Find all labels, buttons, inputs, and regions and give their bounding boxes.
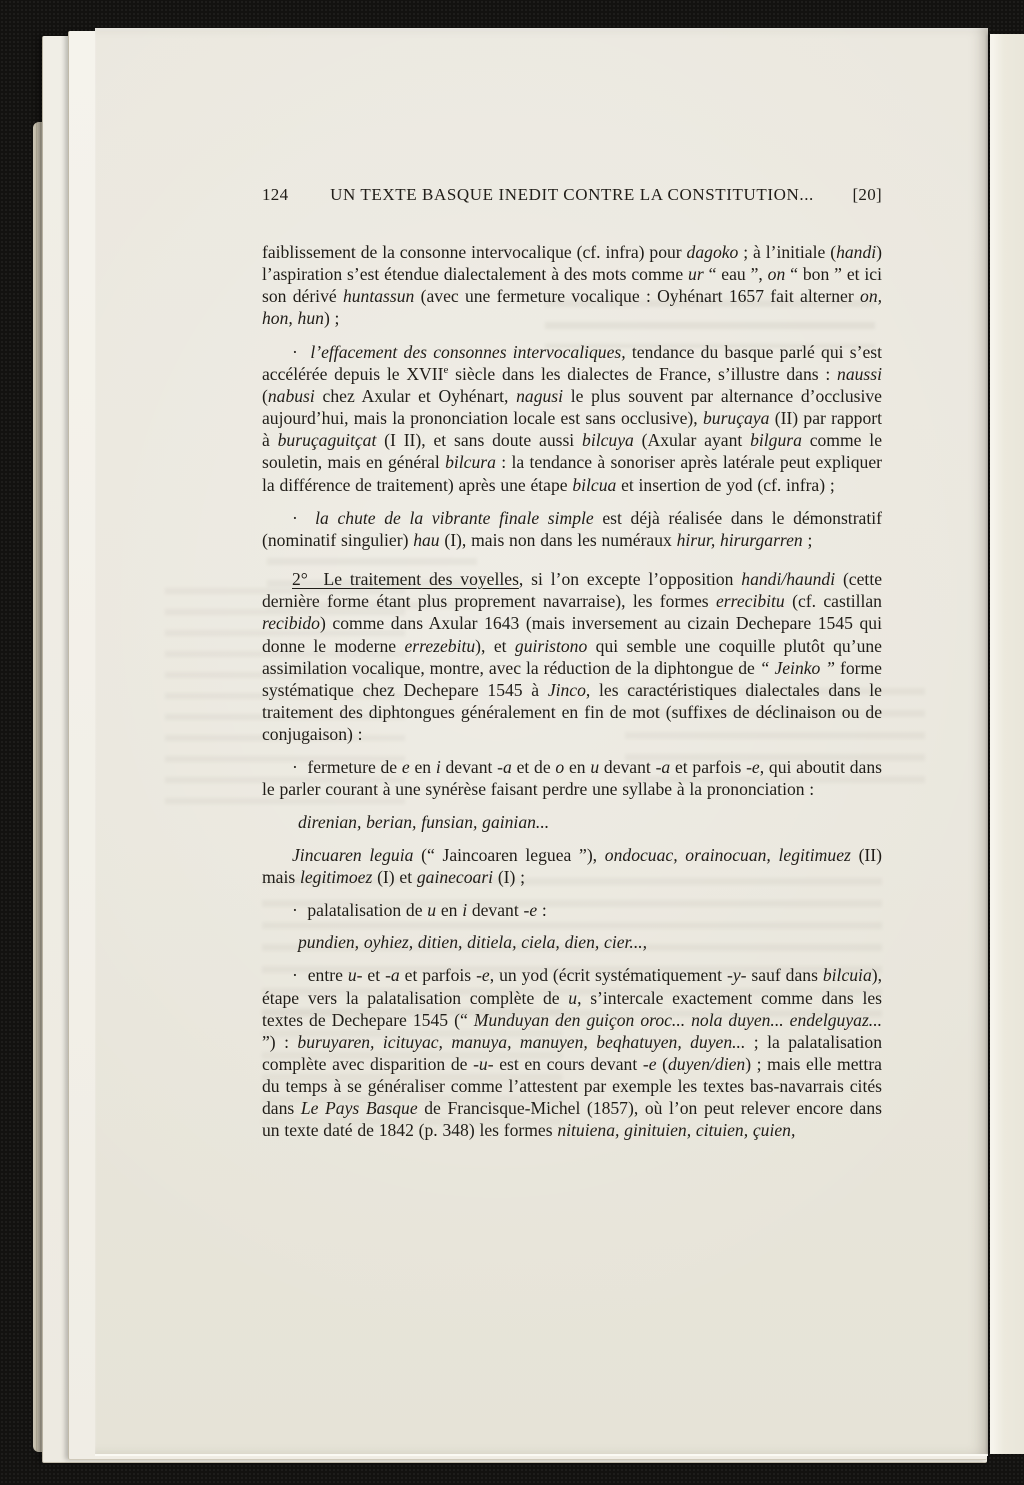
text-segment: , un yod (écrit systématiquement [490, 965, 727, 985]
text-segment: · [292, 508, 315, 528]
text-segment: et insertion de yod (cf. infra) ; [616, 475, 834, 495]
text-segment: (I), mais non dans les numéraux [440, 530, 677, 550]
text-segment: Jincuaren leguia [292, 845, 413, 865]
paragraph: 2° Le traitement des voyelles, si l’on e… [262, 568, 882, 745]
text-segment: -e [476, 965, 490, 985]
text-segment: · fermeture de [292, 757, 402, 777]
text-segment: sauf dans [747, 965, 823, 985]
paragraph: direnian, berian, funsian, gainian... [262, 811, 882, 833]
text-segment: dagoko [687, 242, 739, 262]
text-segment: o [555, 757, 564, 777]
text-segment: guiristono [515, 636, 587, 656]
text-segment: (cf. castillan [785, 591, 882, 611]
text-segment: et [362, 965, 385, 985]
text-segment: -e [523, 900, 537, 920]
text-segment: · [292, 342, 310, 362]
paragraph: pundien, oyhiez, ditien, ditiela, ciela,… [262, 931, 882, 953]
text-segment: devant [467, 900, 523, 920]
text-segment: la chute de la vibrante finale simple [315, 508, 594, 528]
text-segment: ondocuac, orainocuan, legitimuez [605, 845, 851, 865]
text-segment: (I) et [372, 867, 417, 887]
body-text: faiblissement de la consonne intervocali… [262, 241, 882, 1142]
text-segment: l’effacement des consonnes intervocaliqu… [310, 342, 625, 362]
paragraph: · entre u- et -a et parfois -e, un yod (… [262, 964, 882, 1141]
text-segment: Jinco [548, 680, 586, 700]
text-segment: direnian, berian, funsian, gainian... [298, 812, 549, 832]
text-segment: devant [441, 757, 497, 777]
text-segment: , si l’on excepte l’opposition [519, 569, 741, 589]
text-segment: u [568, 988, 577, 1008]
paragraph: · palatalisation de u en i devant -e : [262, 899, 882, 921]
text-segment: legitimoez [300, 867, 372, 887]
text-segment: bilcura [445, 452, 496, 472]
text-segment: nituiena, ginituien, cituien, çuien, [557, 1120, 795, 1140]
text-segment: u [590, 757, 599, 777]
text-segment: est en cours devant [494, 1054, 643, 1074]
text-segment: u [427, 900, 436, 920]
text-segment: bilcuia [823, 965, 872, 985]
text-segment: en [564, 757, 590, 777]
running-title: UN TEXTE BASQUE INEDIT CONTRE LA CONSTIT… [330, 185, 814, 205]
text-segment: ) ; [324, 308, 340, 328]
page-number: 124 [262, 185, 330, 205]
text-segment: et de [512, 757, 556, 777]
text-segment: pundien, oyhiez, ditien, ditiela, ciela,… [298, 932, 647, 952]
text-segment: (Axular ayant [634, 430, 750, 450]
text-segment: nabusi [268, 386, 315, 406]
text-segment: : [537, 900, 547, 920]
text-segment: -e [643, 1054, 657, 1074]
text-segment: (avec une fermeture vocalique : Oyhénart… [414, 286, 860, 306]
book-page: 124 UN TEXTE BASQUE INEDIT CONTRE LA CON… [95, 28, 988, 1456]
text-segment: buruçaguitçat [278, 430, 377, 450]
paragraph: · l’effacement des consonnes intervocali… [262, 341, 882, 496]
text-segment: ur [688, 264, 704, 284]
text-segment: ; [803, 530, 813, 550]
text-segment: · entre [292, 965, 348, 985]
text-segment: et parfois [670, 757, 746, 777]
text-segment: -a [656, 757, 671, 777]
text-segment: -a [497, 757, 512, 777]
text-segment: hau [413, 530, 439, 550]
text-segment: “ Jeinko ” [760, 658, 835, 678]
text-segment: errecibitu [716, 591, 785, 611]
text-segment: Munduyan den guiçon oroc... nola duyen..… [474, 1010, 882, 1030]
text-segment: huntassun [343, 286, 414, 306]
text-segment: et parfois [400, 965, 476, 985]
column-number: [20] [814, 185, 882, 205]
text-segment: naussi [837, 364, 882, 384]
text-segment: (“ Jaincoaren leguea ”), [413, 845, 604, 865]
photograph-background: 124 UN TEXTE BASQUE INEDIT CONTRE LA CON… [0, 0, 1024, 1485]
text-segment: -a [385, 965, 400, 985]
text-segment: nagusi [516, 386, 563, 406]
text-segment: buruçaya [703, 408, 769, 428]
text-segment: · palatalisation de [292, 900, 427, 920]
paragraph: · fermeture de e en i devant -a et de o … [262, 756, 882, 800]
text-segment: (I II), et sans doute aussi [376, 430, 582, 450]
text-segment: en [410, 757, 436, 777]
text-segment: bilgura [750, 430, 802, 450]
text-segment: buruyaren, icituyac, manuya, manuyen, be… [297, 1032, 745, 1052]
text-segment: “ eau ”, [704, 264, 768, 284]
paragraph: · la chute de la vibrante finale simple … [262, 507, 882, 551]
text-segment: gainecoari [417, 867, 493, 887]
page-header: 124 UN TEXTE BASQUE INEDIT CONTRE LA CON… [262, 185, 882, 205]
text-segment: ”) : [262, 1032, 297, 1052]
text-segment: devant [599, 757, 655, 777]
text-segment: handi/haundi [741, 569, 835, 589]
text-segment: handi [836, 242, 876, 262]
text-segment: e [402, 757, 410, 777]
text-segment: on [768, 264, 786, 284]
text-segment: ), et [475, 636, 515, 656]
text-segment: siècle dans les dialectes de France, s’i… [448, 364, 837, 384]
text-segment: bilcua [572, 475, 616, 495]
text-segment: -e [746, 757, 760, 777]
text-segment: duyen/dien [668, 1054, 745, 1074]
text-segment: hirur, hirurgarren [677, 530, 803, 550]
text-segment: (I) ; [493, 867, 525, 887]
text-segment: ( [657, 1054, 668, 1074]
paragraph: Jincuaren leguia (“ Jaincoaren leguea ”)… [262, 844, 882, 888]
text-segment: errezebitu [404, 636, 475, 656]
text-segment: faiblissement de la consonne intervocali… [262, 242, 687, 262]
paragraph: faiblissement de la consonne intervocali… [262, 241, 882, 330]
text-segment: chez Axular et Oyhénart, [315, 386, 516, 406]
text-segment: ; à l’initiale ( [738, 242, 836, 262]
text-segment: -u- [473, 1054, 494, 1074]
facing-page-edge [990, 34, 1024, 1454]
text-segment: -y- [727, 965, 747, 985]
text-segment: u- [348, 965, 363, 985]
text-segment: Le Pays Basque [301, 1098, 418, 1118]
text-segment: 2° Le traitement des voyelles [292, 569, 519, 589]
text-segment: bilcuya [582, 430, 634, 450]
text-segment: recibido [262, 613, 320, 633]
text-segment: en [436, 900, 462, 920]
